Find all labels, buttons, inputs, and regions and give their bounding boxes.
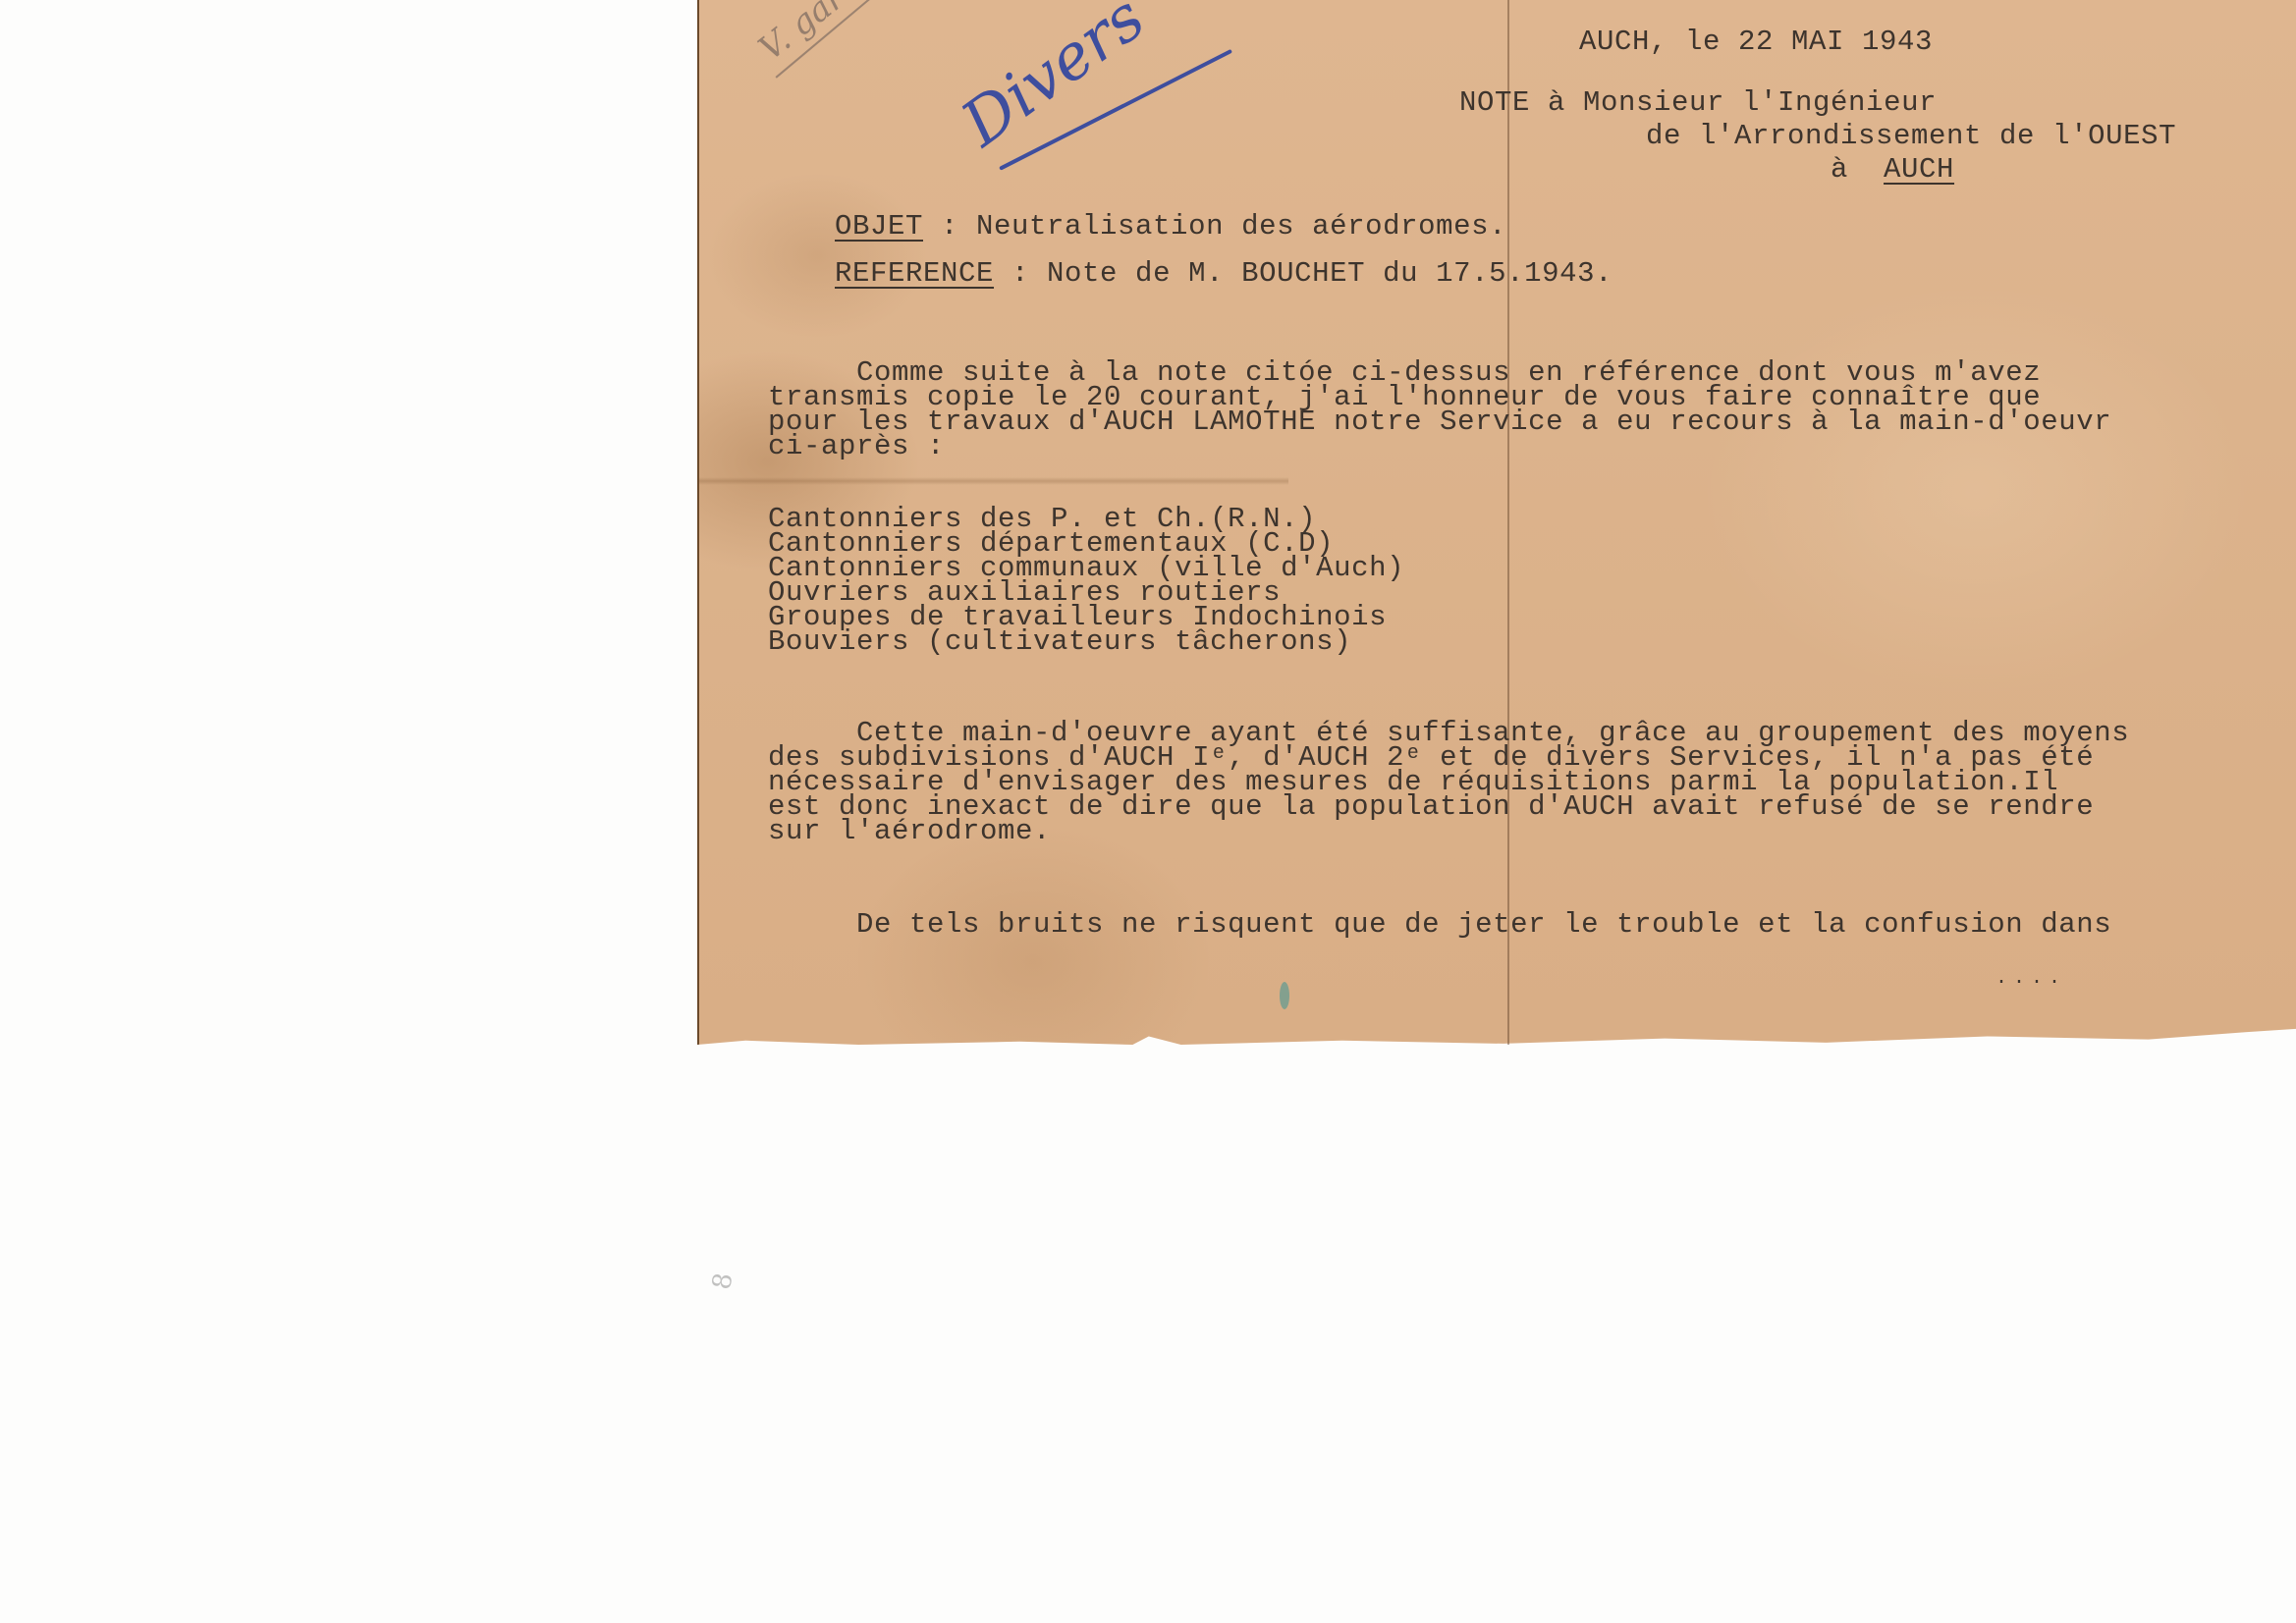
ink-stain [1280, 982, 1289, 1009]
continuation-mark: .... [1995, 967, 2066, 990]
addressee-line-2: de l'Arrondissement de l'OUEST [1646, 122, 2176, 150]
paragraph-line: pour les travaux d'AUCH LAMOTHE notre Se… [768, 407, 2111, 436]
pencil-margin-mark: 8 [707, 1271, 738, 1292]
list-item: Bouviers (cultivateurs tâcherons) [768, 627, 1351, 656]
object-line: OBJET : Neutralisation des aérodromes. [835, 212, 1506, 241]
paragraph-line: De tels bruits ne risquent que de jeter … [768, 910, 2111, 939]
paragraph-line: ci-après : [768, 432, 945, 460]
addressee-line-1: NOTE à Monsieur l'Ingénieur [1459, 88, 1937, 117]
reference-separator: : [994, 257, 1047, 290]
reference-line: REFERENCE : Note de M. BOUCHET du 17.5.1… [835, 259, 1613, 288]
addressee-line-3: à AUCH [1831, 155, 1954, 184]
horizontal-fold-crease [699, 477, 1288, 485]
object-label: OBJET [835, 210, 923, 243]
object-value: Neutralisation des aérodromes. [976, 210, 1506, 243]
place-date: AUCH, le 22 MAI 1943 [1579, 27, 1933, 56]
reference-label: REFERENCE [835, 257, 994, 290]
reference-value: Note de M. BOUCHET du 17.5.1943. [1047, 257, 1613, 290]
addressee-city: AUCH [1884, 153, 1954, 186]
addressee-prefix: à [1831, 153, 1848, 186]
paragraph-line: sur l'aérodrome. [768, 817, 1051, 845]
object-separator: : [923, 210, 976, 243]
vertical-fold-crease [1507, 0, 1509, 1045]
